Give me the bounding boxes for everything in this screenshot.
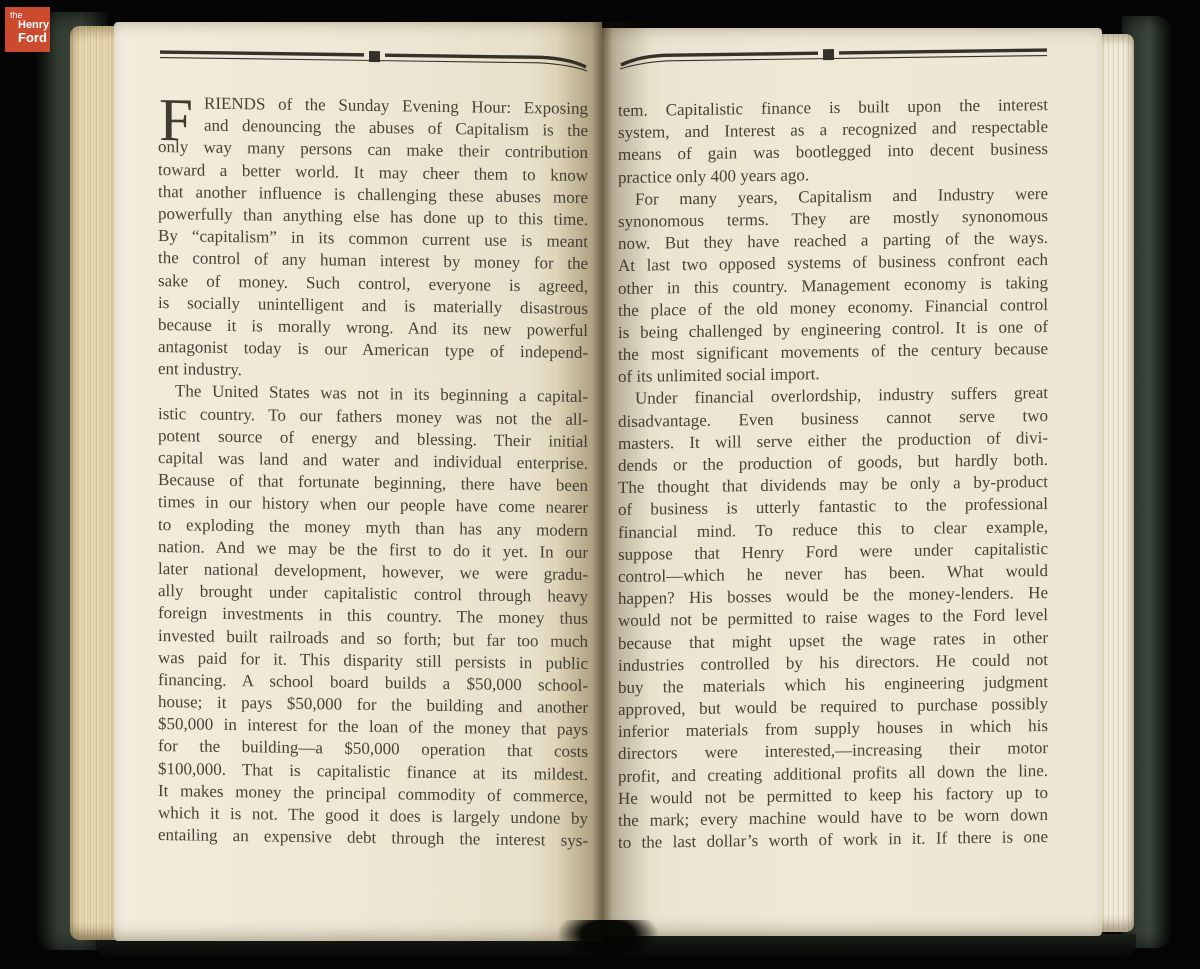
text-line: entailing an expensive debt through the …: [158, 824, 588, 852]
left-page-text: F RIENDS of the Sunday Evening Hour: Exp…: [158, 92, 588, 852]
left-page: F RIENDS of the Sunday Evening Hour: Exp…: [114, 22, 602, 941]
right-page-header-rule: [618, 46, 1050, 70]
drop-cap-letter: F: [159, 90, 193, 151]
logo-ford-text: Ford: [18, 31, 50, 44]
right-page: tem. Capitalistic finance is built upon …: [602, 28, 1102, 936]
left-page-header-rule: [158, 48, 588, 72]
right-page-text: tem. Capitalistic finance is built upon …: [618, 94, 1048, 854]
text-line: to the last dollar’s worth of work in it…: [618, 826, 1048, 854]
page-stack-left-edge: [70, 26, 120, 940]
left-page-content: F RIENDS of the Sunday Evening Hour: Exp…: [114, 21, 602, 947]
henry-ford-museum-logo: the Henry Ford: [5, 7, 50, 52]
right-page-content: tem. Capitalistic finance is built upon …: [602, 27, 1102, 942]
book-photo-scene: the Henry Ford F RIENDS of the Sunday Ev…: [0, 0, 1200, 969]
